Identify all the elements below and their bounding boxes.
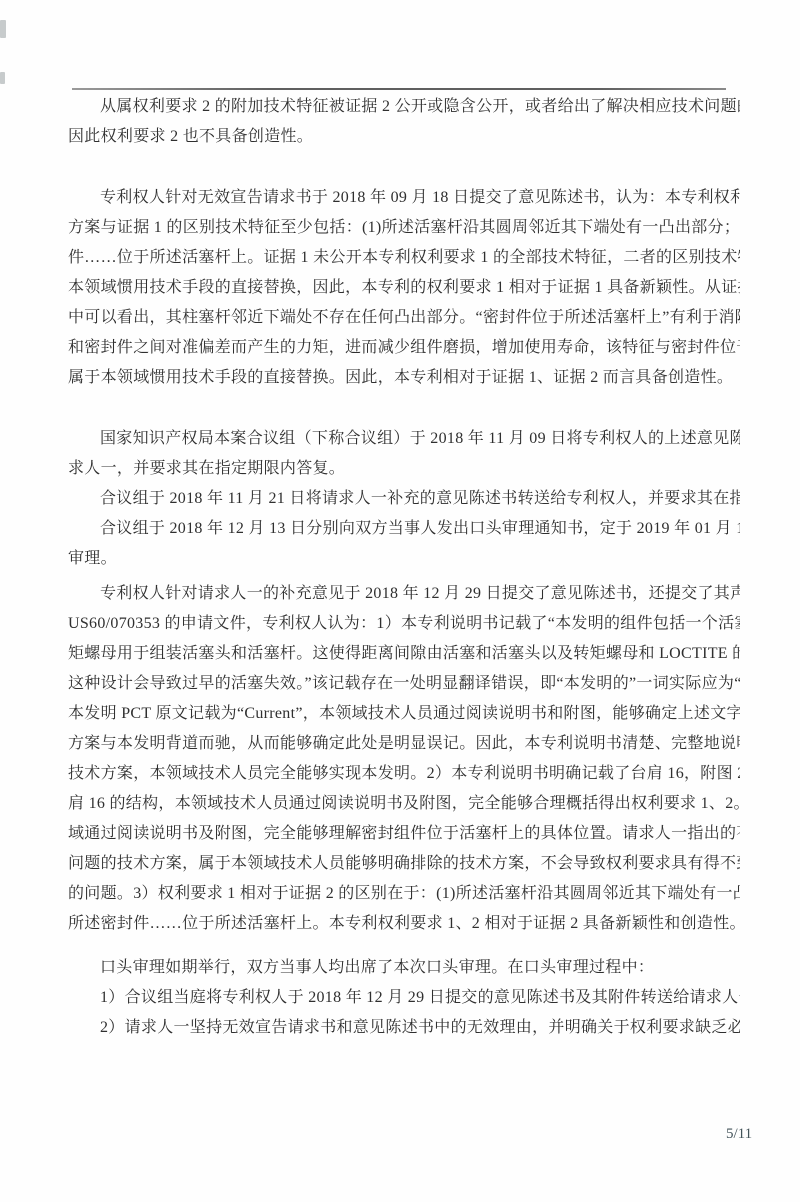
text-line: 肩 16 的结构，本领域技术人员通过阅读说明书及附图，完全能够合理概括得出权利要… [68, 789, 740, 819]
text-line: 这种设计会导致过早的活塞失效。”该记载存在一处明显翻译错误，即“本发明的”一词实… [68, 669, 740, 699]
paragraph: 专利权人针对无效宣告请求书于 2018 年 09 月 18 日提交了意见陈述书，… [68, 183, 740, 393]
text-line: 1）合议组当庭将专利权人于 2018 年 12 月 29 日提交的意见陈述书及其… [68, 983, 740, 1013]
text-line: 专利权人针对请求人一的补充意见于 2018 年 12 月 29 日提交了意见陈述… [68, 579, 740, 609]
text-line: 专利权人针对无效宣告请求书于 2018 年 09 月 18 日提交了意见陈述书，… [68, 183, 740, 213]
text-line: 技术方案，本领域技术人员完全能够实现本发明。2）本专利说明书明确记载了台肩 16… [68, 759, 740, 789]
page-number: 5/11 [726, 1126, 752, 1143]
text-line: 域通过阅读说明书及附图，完全能够理解密封组件位于活塞杆上的具体位置。请求人一指出… [68, 819, 740, 849]
paragraph: 专利权人针对请求人一的补充意见于 2018 年 12 月 29 日提交了意见陈述… [68, 579, 740, 939]
text-line: 本领域惯用技术手段的直接替换，因此，本专利的权利要求 1 相对于证据 1 具备新… [68, 273, 740, 303]
paragraph: 合议组于 2018 年 11 月 21 日将请求人一补充的意见陈述书转送给专利权… [68, 484, 740, 514]
document-body: 从属权利要求 2 的附加技术特征被证据 2 公开或隐含公开，或者给出了解决相应技… [68, 92, 740, 1043]
text-line: 方案与证据 1 的区别技术特征至少包括：(1)所述活塞杆沿其圆周邻近其下端处有一… [68, 213, 740, 243]
text-line: 所述密封件……位于所述活塞杆上。本专利权利要求 1、2 相对于证据 2 具备新颖… [68, 909, 740, 939]
text-line: 国家知识产权局本案合议组（下称合议组）于 2018 年 11 月 09 日将专利… [68, 424, 740, 454]
scanned-document-page: 从属权利要求 2 的附加技术特征被证据 2 公开或隐含公开，或者给出了解决相应技… [0, 0, 800, 1202]
scan-edge-artifact [0, 72, 5, 84]
paragraph: 2）请求人一坚持无效宣告请求书和意见陈述书中的无效理由，并明确关于权利要求缺乏必… [68, 1013, 740, 1043]
text-line: 件……位于所述活塞杆上。证据 1 未公开本专利权利要求 1 的全部技术特征，二者… [68, 243, 740, 273]
text-line: 合议组于 2018 年 11 月 21 日将请求人一补充的意见陈述书转送给专利权… [68, 484, 740, 514]
scan-edge-artifact [0, 20, 6, 38]
text-line: 因此权利要求 2 也不具备创造性。 [68, 122, 740, 152]
paragraph: 1）合议组当庭将专利权人于 2018 年 12 月 29 日提交的意见陈述书及其… [68, 983, 740, 1013]
text-line: 矩螺母用于组装活塞头和活塞杆。这使得距离间隙由活塞和活塞头以及转矩螺母和 LOC… [68, 639, 740, 669]
text-line: 从属权利要求 2 的附加技术特征被证据 2 公开或隐含公开，或者给出了解决相应技… [68, 92, 740, 122]
paragraph: 口头审理如期举行，双方当事人均出席了本次口头审理。在口头审理过程中： [68, 953, 740, 983]
text-line: 求人一，并要求其在指定期限内答复。 [68, 454, 740, 484]
text-line: 方案与本发明背道而驰，从而能够确定此处是明显误记。因此，本专利说明书清楚、完整地… [68, 729, 740, 759]
horizontal-rule [72, 88, 726, 90]
paragraph: 国家知识产权局本案合议组（下称合议组）于 2018 年 11 月 09 日将专利… [68, 424, 740, 484]
text-line: 本发明 PCT 原文记载为“Current”，本领域技术人员通过阅读说明书和附图… [68, 699, 740, 729]
text-line: 审理。 [68, 544, 740, 574]
text-line: 的问题。3）权利要求 1 相对于证据 2 的区别在于：(1)所述活塞杆沿其圆周邻… [68, 879, 740, 909]
text-line: 和密封件之间对准偏差而产生的力矩，进而减少组件磨损，增加使用寿命，该特征与密封件… [68, 333, 740, 363]
text-line: 合议组于 2018 年 12 月 13 日分别向双方当事人发出口头审理通知书，定… [68, 514, 740, 544]
paragraph: 从属权利要求 2 的附加技术特征被证据 2 公开或隐含公开，或者给出了解决相应技… [68, 92, 740, 152]
text-line: 中可以看出，其柱塞杆邻近下端处不存在任何凸出部分。“密封件位于所述活塞杆上”有利… [68, 303, 740, 333]
text-line: US60/070353 的申请文件，专利权人认为：1）本专利说明书记载了“本发明… [68, 609, 740, 639]
text-line: 2）请求人一坚持无效宣告请求书和意见陈述书中的无效理由，并明确关于权利要求缺乏必… [68, 1013, 740, 1043]
paragraph: 合议组于 2018 年 12 月 13 日分别向双方当事人发出口头审理通知书，定… [68, 514, 740, 574]
text-line: 口头审理如期举行，双方当事人均出席了本次口头审理。在口头审理过程中： [68, 953, 740, 983]
text-line: 属于本领域惯用技术手段的直接替换。因此，本专利相对于证据 1、证据 2 而言具备… [68, 363, 740, 393]
text-line: 问题的技术方案，属于本领域技术人员能够明确排除的技术方案，不会导致权利要求具有得… [68, 849, 740, 879]
